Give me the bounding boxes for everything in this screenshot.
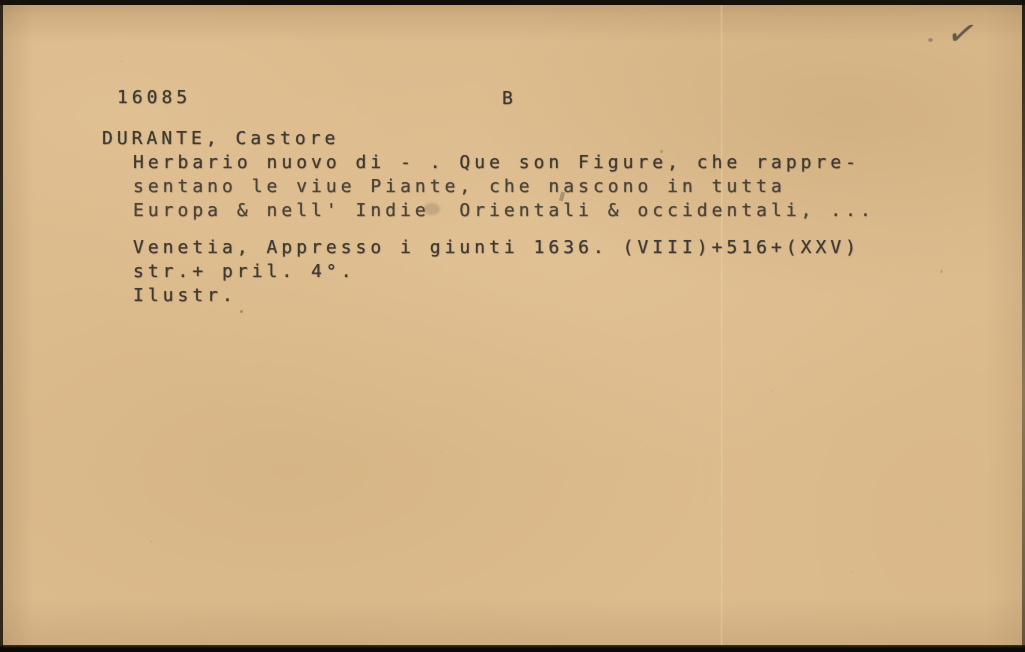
scan-edge-top: [0, 0, 1025, 5]
catalog-card-scan: 16085 B DURANTE, Castore Herbario nuovo …: [0, 0, 1025, 652]
scan-edge-left: [0, 0, 3, 652]
card-crease: [720, 5, 723, 647]
imprint-line: Ilustr.: [133, 284, 237, 308]
section-letter: B: [502, 87, 517, 111]
author-heading: DURANTE, Castore: [102, 127, 339, 151]
imprint-line: str.+ pril. 4°.: [133, 260, 356, 284]
catalog-number: 16085: [117, 86, 191, 110]
checkmark-icon: ✓: [943, 13, 981, 56]
title-line: Herbario nuovo di - . Que son Figure, ch…: [133, 151, 860, 175]
title-line: Europa & nell' Indie Orientali & occiden…: [133, 199, 875, 223]
imprint-line: Venetia, Appresso i giunti 1636. (VIII)+…: [133, 236, 860, 260]
paper-specks: [240, 310, 243, 313]
scan-edge-bottom: [0, 645, 1025, 652]
title-line: sentano le viue Piante, che nascono in t…: [133, 175, 786, 199]
pencil-dot-mark: [928, 38, 933, 42]
